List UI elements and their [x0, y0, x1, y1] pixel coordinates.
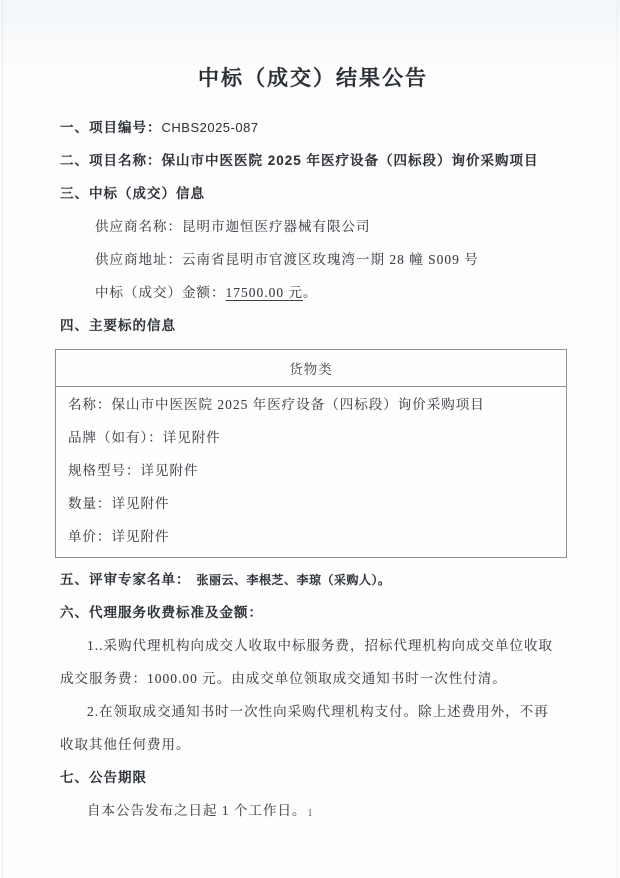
experts-value: 张丽云、李根芝、李琼（采购人）。	[197, 573, 391, 587]
award-amount-period: 。	[303, 285, 318, 300]
table-row-quantity: 数量：详见附件	[68, 494, 554, 514]
document-page: 中标（成交）结果公告 一、项目编号：CHBS2025-087 二、项目名称：保山…	[0, 0, 620, 878]
project-number-label: 一、项目编号：	[60, 120, 162, 135]
table-row-name: 名称：保山市中医医院 2025 年医疗设备（四标段）询价采购项目	[68, 395, 554, 415]
agency-fee-para1-line2: 成交服务费：1000.00 元。由成交单位领取成交通知书时一次性付清。	[60, 669, 566, 689]
section-project-number: 一、项目编号：CHBS2025-087	[60, 118, 566, 138]
subject-info-table: 货物类 名称：保山市中医医院 2025 年医疗设备（四标段）询价采购项目 品牌（…	[55, 349, 567, 558]
document-content: 中标（成交）结果公告 一、项目编号：CHBS2025-087 二、项目名称：保山…	[0, 0, 620, 821]
section-award-info-heading: 三、中标（成交）信息	[60, 184, 566, 204]
award-amount-label: 中标（成交）金额：	[95, 285, 226, 300]
table-row-spec: 规格型号：详见附件	[68, 461, 554, 481]
section-project-name: 二、项目名称：保山市中医医院 2025 年医疗设备（四标段）询价采购项目	[60, 151, 566, 171]
supplier-address-label: 供应商地址：	[95, 252, 182, 267]
agency-fee-para2-line1: 2.在领取成交通知书时一次性向采购代理机构支付。除上述费用外，不再	[60, 702, 566, 722]
supplier-name-row: 供应商名称：昆明市迦恒医疗器械有限公司	[95, 217, 566, 237]
project-number-value: CHBS2025-087	[162, 120, 259, 135]
supplier-name-label: 供应商名称：	[95, 219, 182, 234]
section-announcement-period-heading: 七、公告期限	[60, 768, 566, 788]
table-row-unit-price: 单价：详见附件	[68, 527, 554, 547]
agency-fee-para1-line1: 1..采购代理机构向成交人收取中标服务费，招标代理机构向成交单位收取	[60, 636, 566, 656]
project-name-value: 保山市中医医院 2025 年医疗设备（四标段）询价采购项目	[162, 153, 539, 168]
table-row-brand: 品牌（如有）：详见附件	[68, 428, 554, 448]
award-amount-value: 17500.00 元	[226, 285, 304, 300]
subject-table-body: 名称：保山市中医医院 2025 年医疗设备（四标段）询价采购项目 品牌（如有）：…	[56, 387, 566, 557]
award-amount-row: 中标（成交）金额：17500.00 元。	[95, 283, 566, 303]
scan-edge-left	[2, 0, 3, 878]
section-subject-info-heading: 四、主要标的信息	[60, 316, 566, 336]
agency-fee-para2-line2: 收取其他任何费用。	[60, 735, 566, 755]
supplier-address-value: 云南省昆明市官渡区玫瑰湾一期 28 幢 S009 号	[182, 252, 479, 267]
section-agency-fee-heading: 六、代理服务收费标准及金额：	[60, 603, 566, 623]
page-number: 1	[0, 808, 620, 819]
scan-edge-right	[617, 0, 618, 878]
supplier-address-row: 供应商地址：云南省昆明市官渡区玫瑰湾一期 28 幢 S009 号	[95, 250, 566, 270]
section-experts: 五、评审专家名单：张丽云、李根芝、李琼（采购人）。	[60, 570, 566, 590]
page-title: 中标（成交）结果公告	[60, 64, 566, 94]
experts-label: 五、评审专家名单：	[60, 572, 191, 587]
subject-table-header: 货物类	[56, 350, 566, 387]
supplier-name-value: 昆明市迦恒医疗器械有限公司	[182, 219, 371, 234]
project-name-label: 二、项目名称：	[60, 153, 162, 168]
